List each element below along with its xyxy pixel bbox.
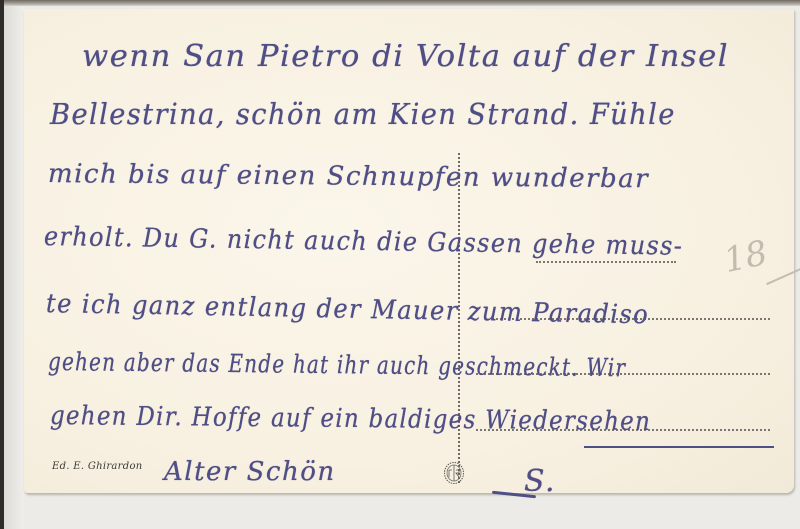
scan-top-edge [0, 0, 800, 6]
postcard-back: 18 wenn San Pietro di Volta auf der Inse… [24, 9, 794, 493]
strikethrough-line [584, 446, 774, 448]
handwriting-line-7: gehen Dir. Hoffe auf ein baldiges Wieder… [50, 401, 651, 437]
pencil-stroke [766, 259, 800, 285]
handwriting-line-4: erholt. Du G. nicht auch die Gassen gehe… [44, 222, 684, 262]
handwriting-line-6: gehen aber das Ende hat ihr auch geschme… [48, 347, 626, 382]
handwriting-line-8: Alter Schön [164, 457, 336, 487]
handwriting-line-3: mich bis auf einen Schnupfen wunderbar [48, 159, 649, 194]
handwriting-line-1: wenn San Pietro di Volta auf der Insel [82, 39, 729, 74]
address-line-1 [536, 261, 676, 263]
handwriting-line-2: Bellestrina, schön am Kien Strand. Fühle [50, 97, 676, 131]
postcard-scan: 18 wenn San Pietro di Volta auf der Inse… [0, 0, 800, 529]
scan-left-margin [4, 6, 24, 529]
pencil-annotation: 18 [720, 233, 771, 281]
publisher-imprint: Ed. E. Ghirardon [52, 461, 143, 472]
handwriting-line-5: te ich ganz entlang der Mauer zum Paradi… [46, 289, 650, 330]
circular-emblem-icon [443, 461, 465, 485]
